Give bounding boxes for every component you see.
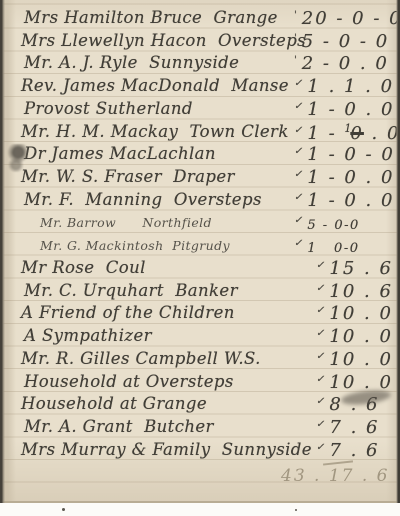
entry-amount-block: ✓10 . 0: [316, 372, 393, 393]
entry-amount: 10 . 6: [329, 281, 393, 302]
entry-name: Mr. G. Mackintosh Pitgrudy: [40, 238, 230, 253]
entry-amount: 10 . 0: [329, 303, 393, 324]
entry-amount: 1 - 10 . 0: [307, 123, 400, 144]
entry-amount-block: ✓10 . 6: [316, 281, 393, 302]
entry-amount: 1 - 0 . 0: [307, 99, 394, 120]
entry-amount: 10 . 0: [329, 372, 393, 393]
ledger-row: Mr. R. Gilles Campbell W.S. ✓10 . 0: [0, 349, 400, 372]
entry-amount: 1 - 0 . 0: [307, 167, 394, 188]
entry-name: Mr. H. M. Mackay Town Clerk: [21, 122, 289, 141]
entry-amount: 5 - 0-0: [307, 218, 359, 233]
ledger-row: Mr Rose Coul ✓15 . 6: [0, 258, 400, 281]
check-mark: ✓: [316, 260, 324, 271]
check-mark: ✓: [294, 169, 302, 180]
ledger-row: Mrs Llewellyn Hacon Oversteps '5 - 0 - 0: [0, 31, 400, 54]
entry-name: Mrs Llewellyn Hacon Oversteps: [21, 31, 306, 50]
check-mark: ✓: [316, 419, 324, 430]
entry-amount: 7 . 6: [329, 417, 379, 438]
pencil-total: 43 . 17 . 6: [281, 466, 390, 486]
entry-name: Mr. F. Manning Oversteps: [24, 190, 262, 209]
ledger-row: Mr. A. J. Ryle Sunnyside '2 - 0 . 0: [0, 53, 400, 76]
ledger-row: Household at Oversteps ✓10 . 0: [0, 372, 400, 395]
entry-name: Mr. Barrow Northfield: [40, 215, 212, 230]
check-mark: ✓: [294, 238, 302, 249]
entry-amount-block: ✓7 . 6: [316, 417, 379, 438]
check-mark: ✓: [294, 125, 302, 136]
check-mark: ✓: [316, 442, 324, 453]
entry-amount-block: ✓1 0-0: [294, 237, 360, 256]
check-mark: ✓: [294, 146, 302, 157]
check-mark: ✓: [294, 192, 302, 203]
scanned-ledger-page: Mrs Hamilton Bruce Grange '20 - 0 - 0 Mr…: [0, 0, 400, 516]
entry-name: Household at Oversteps: [24, 372, 234, 391]
paper: Mrs Hamilton Bruce Grange '20 - 0 - 0 Mr…: [0, 0, 400, 503]
entry-name: Mr Rose Coul: [21, 258, 146, 277]
entry-amount-block: '2 - 0 . 0: [294, 53, 389, 74]
check-mark: ': [294, 33, 297, 44]
entry-amount: 2 - 0 . 0: [302, 53, 389, 74]
scan-edge-right: [396, 0, 400, 503]
entry-amount: 10 . 0: [329, 349, 393, 370]
entry-amount: 7 . 6: [329, 440, 379, 461]
ledger-row: Mr. H. M. Mackay Town Clerk ✓1 - 10 . 0: [0, 122, 400, 145]
check-mark: ✓: [294, 215, 302, 226]
entry-name: Mr. W. S. Fraser Draper: [21, 167, 235, 186]
entry-amount: 20 - 0 - 0: [302, 8, 400, 29]
check-mark: ✓: [316, 283, 324, 294]
entry-amount-block: ✓1 - 0 . 0: [294, 167, 394, 188]
entry-amount-block: ✓5 - 0-0: [294, 214, 360, 233]
entry-name: Mr. R. Gilles Campbell W.S.: [21, 349, 261, 368]
ledger-row: Provost Sutherland ✓1 - 0 . 0: [0, 99, 400, 122]
check-mark: ✓: [294, 78, 302, 89]
check-mark: ✓: [316, 374, 324, 385]
entry-amount: 1 . 1 . 0: [307, 76, 394, 97]
entry-name: A Friend of the Children: [21, 303, 235, 322]
ledger-row: A Sympathizer ✓10 . 0: [0, 326, 400, 349]
ledger-row: Mr. A. Grant Butcher ✓7 . 6: [0, 417, 400, 440]
check-mark: ✓: [316, 328, 324, 339]
entry-name: Mr. C. Urquhart Banker: [24, 281, 238, 300]
entry-amount-block: '5 - 0 - 0: [294, 31, 389, 52]
entries-list: Mrs Hamilton Bruce Grange '20 - 0 - 0 Mr…: [0, 8, 400, 462]
entry-amount-block: '20 - 0 - 0: [294, 8, 400, 29]
check-mark: ✓: [316, 305, 324, 316]
ledger-row: A Friend of the Children ✓10 . 0: [0, 303, 400, 326]
entry-amount-block: ✓1 - 0 . 0: [294, 190, 394, 211]
scan-speck: [62, 508, 65, 511]
entry-amount-block: ✓1 - 10 . 0: [294, 122, 400, 144]
entry-amount-block: ✓15 . 6: [316, 258, 393, 279]
entry-name: Household at Grange: [21, 394, 207, 413]
entry-amount: 1 - 0 . 0: [307, 190, 394, 211]
scan-edge-left: [0, 0, 5, 503]
entry-amount-block: ✓10 . 0: [316, 303, 393, 324]
ink-blot: [6, 144, 28, 172]
entry-amount-block: ✓1 - 0 . 0: [294, 99, 394, 120]
ledger-row: Mr. F. Manning Oversteps ✓1 - 0 . 0: [0, 190, 400, 213]
entry-amount-block: ✓1 - 0 - 0: [294, 144, 395, 165]
ledger-row: Rev. James MacDonald Manse ✓1 . 1 . 0: [0, 76, 400, 99]
ledger-row: Mr. C. Urquhart Banker ✓10 . 6: [0, 281, 400, 304]
entry-name: Provost Sutherland: [24, 99, 193, 118]
entry-amount-block: ✓7 . 6: [316, 440, 379, 461]
entry-name: Mrs Hamilton Bruce Grange: [24, 8, 278, 27]
ledger-row: Dr James MacLachlan ✓1 - 0 - 0: [0, 144, 400, 167]
entry-amount: 1 0-0: [307, 241, 359, 256]
entry-amount: 15 . 6: [329, 258, 393, 279]
entry-name: Mr. A. Grant Butcher: [24, 417, 214, 436]
check-mark: ': [294, 55, 297, 66]
scan-speck: [295, 509, 297, 511]
entry-amount: 1 - 0 - 0: [307, 144, 394, 165]
ledger-row: Mrs Murray & Family Sunnyside ✓7 . 6: [0, 440, 400, 463]
ledger-row: Mr. W. S. Fraser Draper ✓1 - 0 . 0: [0, 167, 400, 190]
entry-name: Mrs Murray & Family Sunnyside: [21, 440, 312, 459]
check-mark: ✓: [316, 351, 324, 362]
scan-background: [0, 503, 400, 516]
ledger-row: Mr. G. Mackintosh Pitgrudy ✓1 0-0: [0, 235, 400, 258]
entry-name: A Sympathizer: [24, 326, 152, 345]
entry-name: Mr. A. J. Ryle Sunnyside: [24, 53, 239, 72]
check-mark: ✓: [316, 396, 324, 407]
ledger-row: Mr. Barrow Northfield ✓5 - 0-0: [0, 212, 400, 235]
entry-amount: 5 - 0 - 0: [302, 31, 389, 52]
entry-name: Rev. James MacDonald Manse: [21, 76, 289, 95]
ledger-row: Household at Grange ✓8 . 6: [0, 394, 400, 417]
check-mark: ✓: [294, 101, 302, 112]
entry-amount-block: ✓10 . 0: [316, 349, 393, 370]
entry-amount-block: ✓10 . 0: [316, 326, 393, 347]
entry-name: Dr James MacLachlan: [24, 144, 216, 163]
entry-amount: 10 . 0: [329, 326, 393, 347]
check-mark: ': [294, 10, 297, 21]
entry-amount-block: ✓1 . 1 . 0: [294, 76, 394, 97]
ledger-row: Mrs Hamilton Bruce Grange '20 - 0 - 0: [0, 8, 400, 31]
